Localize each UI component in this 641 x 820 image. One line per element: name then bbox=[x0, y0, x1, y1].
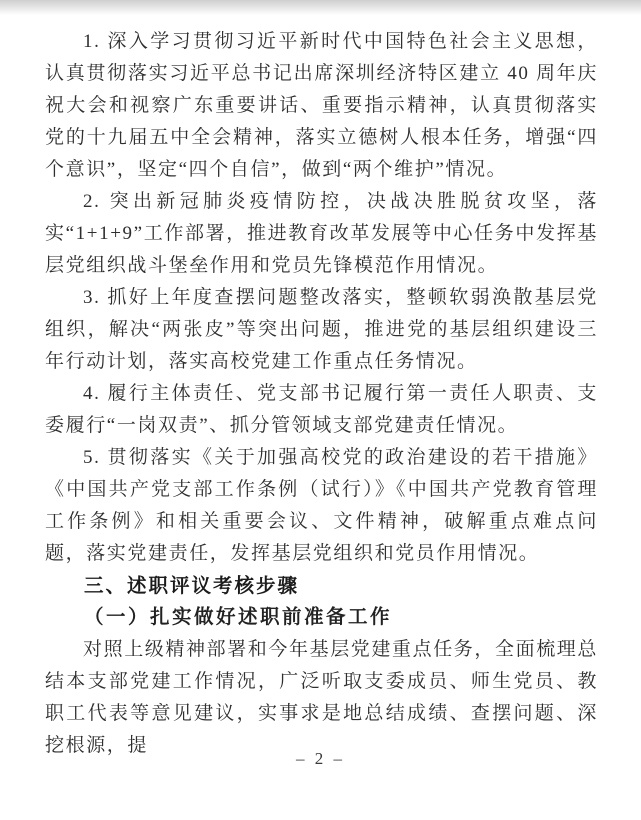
numbered-paragraph-5: 5. 贯彻落实《关于加强高校党的政治建设的若干措施》《中国共产党支部工作条例（试… bbox=[45, 442, 598, 570]
page-number: – 2 – bbox=[296, 749, 345, 768]
scan-top-shadow bbox=[0, 0, 641, 15]
body-paragraph: 对照上级精神部署和今年基层党建重点任务，全面梳理总结本支部党建工作情况，广泛听取… bbox=[45, 634, 598, 762]
numbered-paragraph-2: 2. 突出新冠肺炎疫情防控，决战决胜脱贫攻坚，落实“1+1+9”工作部署，推进教… bbox=[45, 186, 598, 282]
numbered-paragraph-1: 1. 深入学习贯彻习近平新时代中国特色社会主义思想，认真贯彻落实习近平总书记出席… bbox=[45, 26, 598, 186]
numbered-paragraph-3: 3. 抓好上年度查摆问题整改落实，整顿软弱涣散基层党组织，解决“两张皮”等突出问… bbox=[45, 282, 598, 378]
page-footer: – 2 – bbox=[0, 747, 641, 771]
subsection-heading: （一）扎实做好述职前准备工作 bbox=[45, 602, 598, 634]
document-page: 1. 深入学习贯彻习近平新时代中国特色社会主义思想，认真贯彻落实习近平总书记出席… bbox=[0, 0, 641, 820]
section-heading: 三、述职评议考核步骤 bbox=[45, 570, 598, 602]
document-body: 1. 深入学习贯彻习近平新时代中国特色社会主义思想，认真贯彻落实习近平总书记出席… bbox=[45, 26, 598, 762]
numbered-paragraph-4: 4. 履行主体责任、党支部书记履行第一责任人职责、支委履行“一岗双责”、抓分管领… bbox=[45, 378, 598, 442]
